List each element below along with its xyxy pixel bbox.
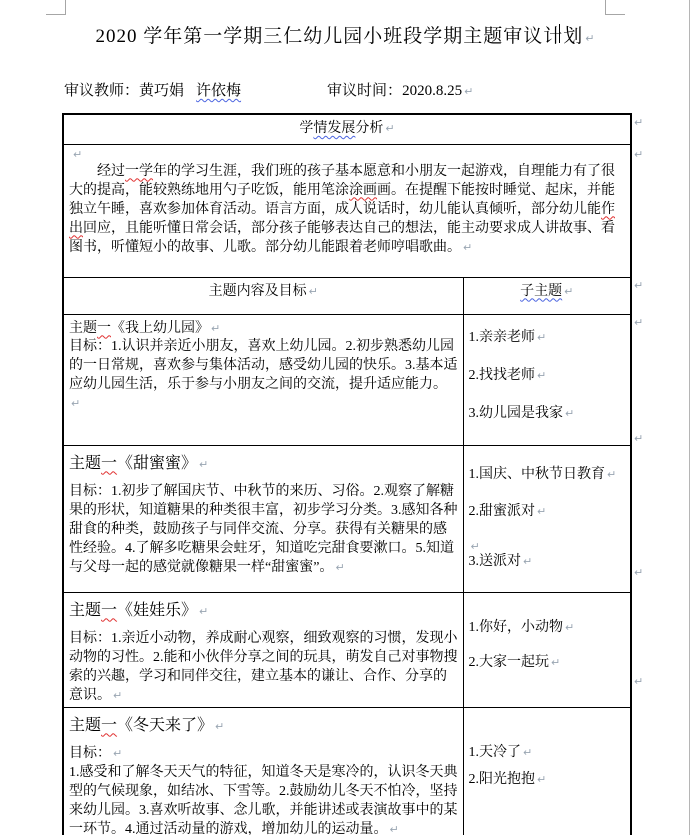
row-end-mark: ↵ <box>634 279 643 292</box>
subtheme-text: 1.亲亲老师 <box>469 330 536 345</box>
pilcrow-mark: ↵ <box>73 148 82 161</box>
reviewer-name-1: 黄巧娟 <box>139 83 184 99</box>
theme-3-goals: 目标：1.亲近小动物，养成耐心观察，细致观察的习惯，发现小动物的习性。2.能和小… <box>69 629 458 705</box>
pilcrow-mark: ↵ <box>471 540 480 553</box>
subtheme-item: 2.找找老师↵ <box>469 367 626 385</box>
analysis-paragraph: 经过一学年的学习生涯，我们班的孩子基本愿意和小朋友一起游戏，自理能力有了很大的提… <box>69 162 625 257</box>
theme-row-2: 主题一《甜蜜蜜》↵ 目标：1.初步了解国庆节、中秋节的来历、习俗。2.观察了解糖… <box>63 445 631 592</box>
reviewer-name-2: 许依梅 <box>196 83 241 99</box>
theme-1-content-cell: 主题一《我上幼儿园》↵ 目标：1.认识并亲近小朋友，喜欢上幼儿园。2.初步熟悉幼… <box>63 314 463 445</box>
pilcrow-mark: ↵ <box>537 331 546 344</box>
pilcrow-mark: ↵ <box>199 605 208 618</box>
pilcrow-mark: ↵ <box>463 241 472 254</box>
theme-title-number: 一 <box>97 321 111 336</box>
row-end-mark: ↵ <box>634 675 643 688</box>
theme-title-name: 《甜蜜蜜》 <box>117 455 197 472</box>
empty-paragraph: ↵ <box>469 540 626 553</box>
review-time-label: 审议时间： <box>327 83 402 99</box>
pilcrow-mark: ↵ <box>551 656 560 669</box>
subtheme-text: 2.阳光抱抱 <box>469 772 536 787</box>
analysis-text-cell: ↵ 经过一学年的学习生涯，我们班的孩子基本愿意和小朋友一起游戏，自理能力有了很大… <box>63 144 631 277</box>
pilcrow-mark: ↵ <box>565 407 574 420</box>
theme-title-text: 主题 <box>69 455 101 472</box>
margin-corner-mark-left <box>46 0 66 15</box>
table-row: ↵ 经过一学年的学习生涯，我们班的孩子基本愿意和小朋友一起游戏，自理能力有了很大… <box>63 144 631 277</box>
theme-1-title: 主题一《我上幼儿园》↵ <box>69 317 458 337</box>
subtheme-text: 2.大家一起玩 <box>469 655 550 670</box>
theme-review-table: 学情发展分析↵ ↵ 经过一学年的学习生涯，我们班的孩子基本愿意和小朋友一起游戏，… <box>62 113 632 835</box>
pilcrow-mark: ↵ <box>199 458 208 471</box>
theme-row-4: 主题一《冬天来了》↵ 目标：↵ 1.感受和了解冬天天气的特征，知道冬天是寒冷的，… <box>63 707 631 835</box>
theme-title-text: 主题 <box>69 602 101 619</box>
pilcrow-mark: ↵ <box>309 285 318 298</box>
theme-title-text: 主题 <box>69 321 97 336</box>
theme-goals-text: 目标：1.亲近小动物，养成耐心观察，细致观察的习惯，发现小动物的习性。2.能和小… <box>69 631 458 703</box>
pilcrow-mark: ↵ <box>113 747 122 760</box>
subtheme-item: 2.甜蜜派对↵ <box>469 503 626 521</box>
pilcrow-mark: ↵ <box>71 397 80 410</box>
margin-corner-mark-right <box>605 0 625 15</box>
document-page: 2020 学年第一学期三仁幼儿园小班段学期主题审议计划↵ 审议教师：黄巧娟许依梅… <box>0 0 691 835</box>
subtheme-text: 1.你好，小动物 <box>469 620 564 635</box>
table-row: 主题内容及目标↵ 子主题↵ <box>63 277 631 314</box>
row-end-mark: ↵ <box>634 316 643 329</box>
analysis-header-wavy: 情发展 <box>313 121 355 136</box>
analysis-spellcheck-word: 一学 <box>125 164 153 179</box>
pilcrow-mark: ↵ <box>537 369 546 382</box>
theme-2-goals: 目标：1.初步了解国庆节、中秋节的来历、习俗。2.观察了解糖果的形状，知道糖果的… <box>69 482 458 577</box>
pilcrow-mark: ↵ <box>607 468 616 481</box>
subtheme-item: 1.亲亲老师↵ <box>469 329 626 347</box>
text-cursor <box>559 24 560 43</box>
subtheme-text: 2.找找老师 <box>469 368 536 383</box>
theme-title-name: 《冬天来了》 <box>117 717 213 734</box>
pilcrow-mark: ↵ <box>537 505 546 518</box>
theme-title-text: 主题 <box>69 717 101 734</box>
pilcrow-mark: ↵ <box>215 720 224 733</box>
theme-title-number: 一 <box>101 455 117 472</box>
reviewers-line: 审议教师：黄巧娟许依梅审议时间：2020.8.25↵ <box>64 79 473 100</box>
pilcrow-mark: ↵ <box>385 122 394 135</box>
theme-2-content-cell: 主题一《甜蜜蜜》↵ 目标：1.初步了解国庆节、中秋节的来历、习俗。2.观察了解糖… <box>63 445 463 592</box>
theme-3-title: 主题一《娃娃乐》↵ <box>69 597 458 620</box>
table-row: 学情发展分析↵ <box>63 114 631 144</box>
theme-row-3: 主题一《娃娃乐》↵ 目标：1.亲近小动物，养成耐心观察，细致观察的习惯，发现小动… <box>63 592 631 707</box>
theme-4-subthemes-cell: 1.天冷了↵ 2.阳光抱抱↵ <box>463 707 631 835</box>
pilcrow-mark: ↵ <box>585 32 595 45</box>
theme-1-subthemes-cell: 1.亲亲老师↵ 2.找找老师↵ 3.幼儿园是我家↵ <box>463 314 631 445</box>
theme-3-subthemes-cell: 1.你好，小动物↵ 2.大家一起玩↵ <box>463 592 631 707</box>
theme-title-number: 一 <box>101 717 117 734</box>
row-end-mark: ↵ <box>634 566 643 579</box>
pilcrow-mark: ↵ <box>390 823 399 835</box>
theme-title-name: 《娃娃乐》 <box>117 602 197 619</box>
subtheme-text: 3.幼儿园是我家 <box>469 406 564 421</box>
subtheme-item: 2.大家一起玩↵ <box>469 654 626 672</box>
row-end-mark: ↵ <box>634 432 643 445</box>
theme-goals-text: 目标：1.初步了解国庆节、中秋节的来历、习俗。2.观察了解糖果的形状，知道糖果的… <box>69 484 458 575</box>
subtheme-item: 2.阳光抱抱↵ <box>469 771 626 789</box>
subtheme-text: 3.送派对 <box>469 554 522 569</box>
subtheme-item: 1.天冷了↵ <box>469 744 626 762</box>
window-edge-line <box>689 0 690 835</box>
row-end-mark: ↵ <box>634 148 643 161</box>
theme-4-title: 主题一《冬天来了》↵ <box>69 712 458 735</box>
theme-title-number: 一 <box>101 602 117 619</box>
theme-row-1: 主题一《我上幼儿园》↵ 目标：1.认识并亲近小朋友，喜欢上幼儿园。2.初步熟悉幼… <box>63 314 631 445</box>
reviewers-label: 审议教师： <box>64 83 139 99</box>
pilcrow-mark: ↵ <box>464 85 473 98</box>
pilcrow-mark: ↵ <box>564 285 573 298</box>
subtheme-header-text: 子主题 <box>520 284 562 299</box>
analysis-header-cell: 学情发展分析↵ <box>63 114 631 144</box>
pilcrow-mark: ↵ <box>523 555 532 568</box>
theme-goals-text: 1.感受和了解冬天天气的特征，知道冬天是寒冷的，认识冬天典型的气候现象，如结冰、… <box>69 765 458 835</box>
pilcrow-mark: ↵ <box>211 322 220 335</box>
subtheme-text: 2.甜蜜派对 <box>469 504 536 519</box>
pilcrow-mark: ↵ <box>523 746 532 759</box>
empty-paragraph: ↵ <box>69 147 625 162</box>
theme-2-subthemes-cell: 1.国庆、中秋节日教育↵ 2.甜蜜派对↵ ↵ 3.送派对↵ <box>463 445 631 592</box>
subtheme-header-cell: 子主题↵ <box>463 277 631 314</box>
analysis-spellcheck-word: 涂画 <box>349 183 377 198</box>
theme-4-goals-label: 目标：↵ <box>69 744 458 763</box>
theme-4-goals: 1.感受和了解冬天天气的特征，知道冬天是寒冷的，认识冬天典型的气候现象，如结冰、… <box>69 763 458 835</box>
pilcrow-mark: ↵ <box>537 773 546 786</box>
theme-3-content-cell: 主题一《娃娃乐》↵ 目标：1.亲近小动物，养成耐心观察，细致观察的习惯，发现小动… <box>63 592 463 707</box>
theme-4-content-cell: 主题一《冬天来了》↵ 目标：↵ 1.感受和了解冬天天气的特征，知道冬天是寒冷的，… <box>63 707 463 835</box>
subtheme-item: 1.你好，小动物↵ <box>469 619 626 637</box>
review-time-value: 2020.8.25 <box>402 83 462 99</box>
theme-1-goals: 目标：1.认识并亲近小朋友，喜欢上幼儿园。2.初步熟悉幼儿园的一日常规，喜欢参与… <box>69 337 458 413</box>
subtheme-text: 1.国庆、中秋节日教育 <box>469 467 606 482</box>
analysis-text: 经过 <box>97 164 125 179</box>
page-title: 2020 学年第一学期三仁幼儿园小班段学期主题审议计划↵ <box>0 21 691 48</box>
content-goals-header-cell: 主题内容及目标↵ <box>63 277 463 314</box>
theme-goals-text: 目标：1.认识并亲近小朋友，喜欢上幼儿园。2.初步熟悉幼儿园的一日常规，喜欢参与… <box>69 339 458 392</box>
analysis-text: 回应，且能听懂日常会话，部分孩子能够表达自己的想法，能主动要求成人讲故事、看图书… <box>69 221 615 255</box>
analysis-header-pre: 学 <box>299 121 313 136</box>
theme-title-name: 《我上幼儿园》 <box>111 321 209 336</box>
analysis-header-post: 分析 <box>355 121 383 136</box>
page-title-text: 2020 学年第一学期三仁幼儿园小班段学期主题审议计划 <box>96 26 584 47</box>
goals-label-text: 目标： <box>69 746 111 761</box>
pilcrow-mark: ↵ <box>565 621 574 634</box>
subtheme-item: 1.国庆、中秋节日教育↵ <box>469 466 626 484</box>
subtheme-text: 1.天冷了 <box>469 745 522 760</box>
subtheme-item: 3.送派对↵ <box>469 553 626 571</box>
pilcrow-mark: ↵ <box>335 561 344 574</box>
pilcrow-mark: ↵ <box>113 689 122 702</box>
subtheme-item: 3.幼儿园是我家↵ <box>469 405 626 423</box>
row-end-mark: ↵ <box>634 116 643 129</box>
theme-2-title: 主题一《甜蜜蜜》↵ <box>69 450 458 473</box>
content-goals-header-text: 主题内容及目标 <box>209 284 307 299</box>
